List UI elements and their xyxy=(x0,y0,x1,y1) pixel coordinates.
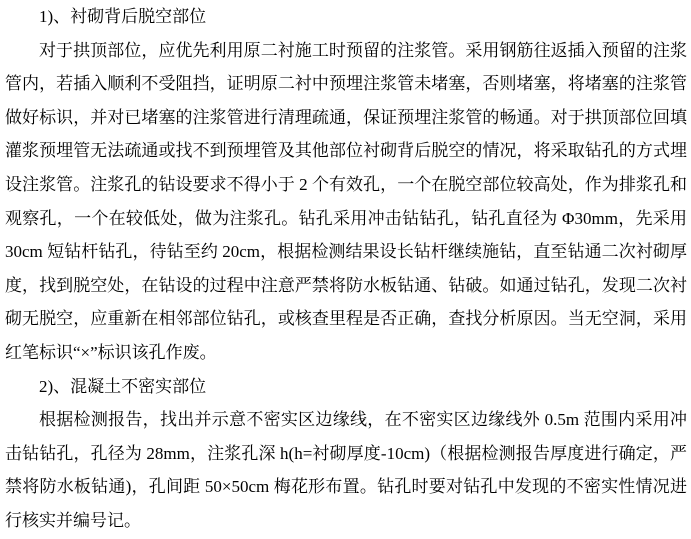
section-body-2: 根据检测报告，找出并示意不密实区边缘线，在不密实区边缘线外 0.5m 范围内采用… xyxy=(5,403,687,537)
section-heading-2: 2)、混凝土不密实部位 xyxy=(5,370,687,404)
document-page: 1)、衬砌背后脱空部位 对于拱顶部位，应优先利用原二衬施工时预留的注浆管。采用钢… xyxy=(0,0,691,539)
section-heading-1: 1)、衬砌背后脱空部位 xyxy=(5,0,687,34)
section-non-dense-concrete: 2)、混凝土不密实部位 根据检测报告，找出并示意不密实区边缘线，在不密实区边缘线… xyxy=(5,370,687,538)
section-body-1: 对于拱顶部位，应优先利用原二衬施工时预留的注浆管。采用钢筋往返插入预留的注浆管内… xyxy=(5,34,687,370)
section-void-behind-lining: 1)、衬砌背后脱空部位 对于拱顶部位，应优先利用原二衬施工时预留的注浆管。采用钢… xyxy=(5,0,687,370)
